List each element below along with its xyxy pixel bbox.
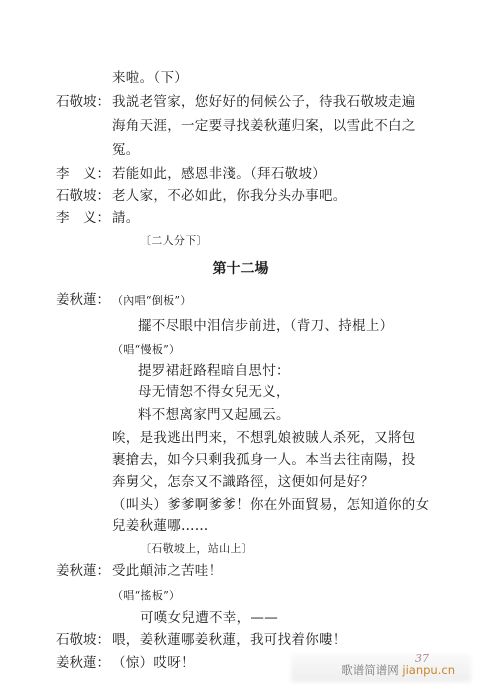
- lyric-line: 母无情恕不得女兒无义，: [138, 384, 290, 400]
- dialogue-line: 受此顛沛之苦哇！: [112, 563, 222, 579]
- stage-direction: （唱“慢板”）: [112, 342, 180, 358]
- dialogue-line: 兒姜秋蓮哪……: [112, 518, 209, 534]
- dialogue-line: （惊）哎呀！: [112, 655, 195, 671]
- dialogue-line: 我説老管家，您好好的伺候公子，待我石敬坡走遍: [112, 94, 416, 110]
- stage-direction: 〔石敬坡上，站山上〕: [140, 541, 253, 557]
- dialogue-line: 請。: [112, 210, 140, 226]
- watermark-site: jianpu.cn: [402, 663, 455, 677]
- dialogue-line: 冤。: [112, 142, 140, 158]
- speaker-label: 姜秋蓮：: [56, 655, 110, 671]
- lyric-line: 可嘆女兒遭不幸，——: [140, 610, 278, 626]
- lyric-line: 提罗裙赶路程暗自思忖：: [138, 363, 290, 379]
- speaker-label: 姜秋蓮：: [56, 292, 110, 308]
- watermark-label: 歌谱简谱网: [341, 663, 399, 677]
- text-line: 来啦。（下）: [112, 70, 188, 86]
- stage-direction: 〔二人分下〕: [140, 233, 208, 249]
- speaker-label: 石敬坡：: [56, 188, 110, 204]
- stage-direction: （唱“搖板”）: [112, 588, 180, 604]
- dialogue-line: 奔舅父，怎奈又不識路徑，这便如何是好？: [112, 474, 374, 490]
- dialogue-line: （叫头）爹爹啊爹爹！你在外面貿易，怎知道你的女: [112, 497, 429, 513]
- lyric-line: 料不想离家門又起風云。: [138, 407, 290, 423]
- dialogue-line: 海角天涯，一定要寻找姜秋蓮归案，以雪此不白之: [112, 118, 416, 134]
- speaker-label: 石敬坡：: [56, 632, 110, 648]
- speaker-label: 石敬坡：: [56, 94, 110, 110]
- dialogue-line: 喂，姜秋蓮哪姜秋蓮，我可找着你嘍！: [112, 632, 347, 648]
- lyric-line: 擺不尽眼中泪信步前进，（背刀、持棍上）: [138, 318, 393, 334]
- dialogue-line: 若能如此，感恩非淺。（拜石敬坡）: [112, 166, 326, 182]
- speaker-label: 李 义：: [56, 166, 110, 182]
- speaker-label: 姜秋蓮：: [56, 563, 110, 579]
- stage-direction: （內唱“倒板”）: [112, 293, 192, 309]
- watermark: 歌谱简谱网 jianpu.cn: [341, 662, 455, 678]
- dialogue-line: 裹搶去，如今只剩我孤身一人。本当去往南陽，投: [112, 452, 416, 468]
- dialogue-line: 唉，是我逃出門来，不想乳娘被賊人杀死，又將包: [112, 430, 416, 446]
- dialogue-line: 老人家，不必如此，你我分头办事吧。: [112, 188, 347, 204]
- speaker-label: 李 义：: [56, 210, 110, 226]
- scene-title: 第十二場: [0, 258, 481, 278]
